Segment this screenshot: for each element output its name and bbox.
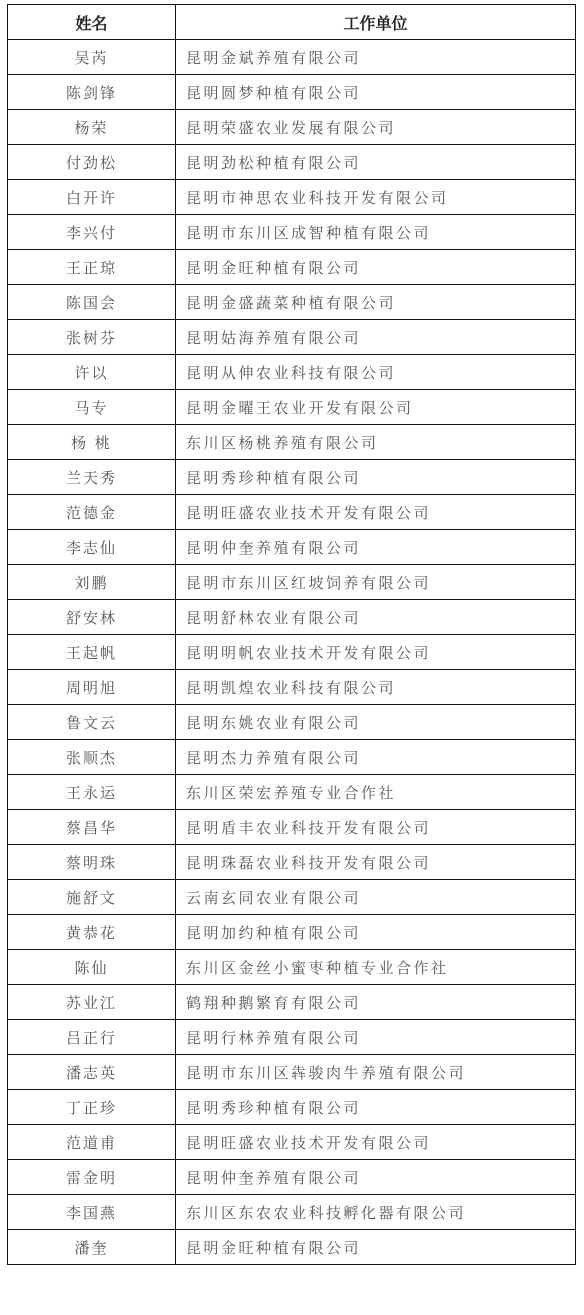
- work-unit-cell: 昆明旺盛农业技术开发有限公司: [176, 495, 576, 530]
- name-cell: 周明旭: [8, 670, 176, 705]
- name-cell: 蔡明珠: [8, 845, 176, 880]
- work-unit-cell: 昆明金旺种植有限公司: [176, 250, 576, 285]
- work-unit-cell: 昆明秀珍种植有限公司: [176, 1090, 576, 1125]
- table-row: 马专昆明金曜王农业开发有限公司: [8, 390, 576, 425]
- work-unit-cell: 昆明金旺种植有限公司: [176, 1230, 576, 1265]
- table-row: 丁正珍昆明秀珍种植有限公司: [8, 1090, 576, 1125]
- name-cell: 潘奎: [8, 1230, 176, 1265]
- table-row: 施舒文云南玄同农业有限公司: [8, 880, 576, 915]
- work-unit-cell: 昆明金盛蔬菜种植有限公司: [176, 285, 576, 320]
- table-row: 苏业江鹤翔种鹅繁育有限公司: [8, 985, 576, 1020]
- work-unit-cell: 昆明凯煌农业科技有限公司: [176, 670, 576, 705]
- table-row: 鲁文云昆明东姚农业有限公司: [8, 705, 576, 740]
- name-cell: 王正琼: [8, 250, 176, 285]
- table-row: 李国燕东川区东农农业科技孵化器有限公司: [8, 1195, 576, 1230]
- table-row: 王正琼昆明金旺种植有限公司: [8, 250, 576, 285]
- column-header-name: 姓名: [8, 5, 176, 40]
- table-row: 付劲松昆明劲松种植有限公司: [8, 145, 576, 180]
- name-cell: 陈国会: [8, 285, 176, 320]
- work-unit-cell: 东川区杨桃养殖有限公司: [176, 425, 576, 460]
- name-cell: 李兴付: [8, 215, 176, 250]
- table-row: 兰天秀昆明秀珍种植有限公司: [8, 460, 576, 495]
- roster-body: 吴芮昆明金斌养殖有限公司陈剑锋昆明圆梦种植有限公司杨荣昆明荣盛农业发展有限公司付…: [8, 40, 576, 1265]
- table-row: 周明旭昆明凯煌农业科技有限公司: [8, 670, 576, 705]
- table-row: 陈国会昆明金盛蔬菜种植有限公司: [8, 285, 576, 320]
- name-cell: 范道甫: [8, 1125, 176, 1160]
- table-row: 许以昆明从伸农业科技有限公司: [8, 355, 576, 390]
- work-unit-cell: 云南玄同农业有限公司: [176, 880, 576, 915]
- name-cell: 蔡昌华: [8, 810, 176, 845]
- table-row: 王起帆昆明明帆农业技术开发有限公司: [8, 635, 576, 670]
- name-cell: 马专: [8, 390, 176, 425]
- name-cell: 李国燕: [8, 1195, 176, 1230]
- table-row: 陈剑锋昆明圆梦种植有限公司: [8, 75, 576, 110]
- work-unit-cell: 鹤翔种鹅繁育有限公司: [176, 985, 576, 1020]
- table-row: 吕正行昆明行林养殖有限公司: [8, 1020, 576, 1055]
- work-unit-cell: 昆明杰力养殖有限公司: [176, 740, 576, 775]
- name-cell: 舒安林: [8, 600, 176, 635]
- name-cell: 丁正珍: [8, 1090, 176, 1125]
- name-cell: 施舒文: [8, 880, 176, 915]
- table-row: 刘鹏昆明市东川区红坡饲养有限公司: [8, 565, 576, 600]
- table-row: 李兴付昆明市东川区成智种植有限公司: [8, 215, 576, 250]
- table-row: 范道甫昆明旺盛农业技术开发有限公司: [8, 1125, 576, 1160]
- table-row: 陈仙东川区金丝小蜜枣种植专业合作社: [8, 950, 576, 985]
- name-cell: 苏业江: [8, 985, 176, 1020]
- work-unit-cell: 昆明行林养殖有限公司: [176, 1020, 576, 1055]
- name-cell: 张顺杰: [8, 740, 176, 775]
- name-cell: 黄恭花: [8, 915, 176, 950]
- table-row: 蔡明珠昆明珠磊农业科技开发有限公司: [8, 845, 576, 880]
- work-unit-cell: 昆明仲奎养殖有限公司: [176, 530, 576, 565]
- work-unit-cell: 昆明市东川区红坡饲养有限公司: [176, 565, 576, 600]
- work-unit-cell: 昆明市东川区犇骏肉牛养殖有限公司: [176, 1055, 576, 1090]
- work-unit-cell: 昆明旺盛农业技术开发有限公司: [176, 1125, 576, 1160]
- table-row: 白开许昆明市神思农业科技开发有限公司: [8, 180, 576, 215]
- work-unit-cell: 东川区荣宏养殖专业合作社: [176, 775, 576, 810]
- work-unit-cell: 昆明市东川区成智种植有限公司: [176, 215, 576, 250]
- table-row: 杨 桃东川区杨桃养殖有限公司: [8, 425, 576, 460]
- name-cell: 鲁文云: [8, 705, 176, 740]
- work-unit-cell: 昆明东姚农业有限公司: [176, 705, 576, 740]
- table-row: 舒安林昆明舒林农业有限公司: [8, 600, 576, 635]
- work-unit-cell: 昆明金曜王农业开发有限公司: [176, 390, 576, 425]
- table-row: 张顺杰昆明杰力养殖有限公司: [8, 740, 576, 775]
- column-header-unit: 工作单位: [176, 5, 576, 40]
- table-row: 张树芬昆明姑海养殖有限公司: [8, 320, 576, 355]
- work-unit-cell: 昆明从伸农业科技有限公司: [176, 355, 576, 390]
- name-cell: 吴芮: [8, 40, 176, 75]
- table-row: 王永运东川区荣宏养殖专业合作社: [8, 775, 576, 810]
- name-cell: 白开许: [8, 180, 176, 215]
- work-unit-cell: 昆明金斌养殖有限公司: [176, 40, 576, 75]
- work-unit-cell: 昆明荣盛农业发展有限公司: [176, 110, 576, 145]
- table-row: 潘奎昆明金旺种植有限公司: [8, 1230, 576, 1265]
- name-cell: 王永运: [8, 775, 176, 810]
- work-unit-cell: 昆明舒林农业有限公司: [176, 600, 576, 635]
- table-row: 范德金昆明旺盛农业技术开发有限公司: [8, 495, 576, 530]
- table-row: 吴芮昆明金斌养殖有限公司: [8, 40, 576, 75]
- name-cell: 陈剑锋: [8, 75, 176, 110]
- name-cell: 潘志英: [8, 1055, 176, 1090]
- work-unit-cell: 昆明盾丰农业科技开发有限公司: [176, 810, 576, 845]
- name-cell: 陈仙: [8, 950, 176, 985]
- table-row: 潘志英昆明市东川区犇骏肉牛养殖有限公司: [8, 1055, 576, 1090]
- roster-table: 姓名 工作单位 吴芮昆明金斌养殖有限公司陈剑锋昆明圆梦种植有限公司杨荣昆明荣盛农…: [7, 4, 576, 1265]
- table-row: 李志仙昆明仲奎养殖有限公司: [8, 530, 576, 565]
- name-cell: 付劲松: [8, 145, 176, 180]
- work-unit-cell: 昆明明帆农业技术开发有限公司: [176, 635, 576, 670]
- table-row: 雷金明昆明仲奎养殖有限公司: [8, 1160, 576, 1195]
- name-cell: 兰天秀: [8, 460, 176, 495]
- name-cell: 张树芬: [8, 320, 176, 355]
- name-cell: 范德金: [8, 495, 176, 530]
- work-unit-cell: 昆明秀珍种植有限公司: [176, 460, 576, 495]
- name-cell: 刘鹏: [8, 565, 176, 600]
- work-unit-cell: 昆明劲松种植有限公司: [176, 145, 576, 180]
- name-cell: 王起帆: [8, 635, 176, 670]
- work-unit-cell: 东川区金丝小蜜枣种植专业合作社: [176, 950, 576, 985]
- work-unit-cell: 昆明姑海养殖有限公司: [176, 320, 576, 355]
- work-unit-cell: 昆明珠磊农业科技开发有限公司: [176, 845, 576, 880]
- work-unit-cell: 昆明仲奎养殖有限公司: [176, 1160, 576, 1195]
- table-row: 蔡昌华昆明盾丰农业科技开发有限公司: [8, 810, 576, 845]
- name-cell: 杨荣: [8, 110, 176, 145]
- work-unit-cell: 东川区东农农业科技孵化器有限公司: [176, 1195, 576, 1230]
- name-cell: 许以: [8, 355, 176, 390]
- table-row: 黄恭花昆明加约种植有限公司: [8, 915, 576, 950]
- name-cell: 吕正行: [8, 1020, 176, 1055]
- name-cell: 李志仙: [8, 530, 176, 565]
- work-unit-cell: 昆明圆梦种植有限公司: [176, 75, 576, 110]
- name-cell: 雷金明: [8, 1160, 176, 1195]
- work-unit-cell: 昆明加约种植有限公司: [176, 915, 576, 950]
- name-cell: 杨 桃: [8, 425, 176, 460]
- table-row: 杨荣昆明荣盛农业发展有限公司: [8, 110, 576, 145]
- work-unit-cell: 昆明市神思农业科技开发有限公司: [176, 180, 576, 215]
- header-row: 姓名 工作单位: [8, 5, 576, 40]
